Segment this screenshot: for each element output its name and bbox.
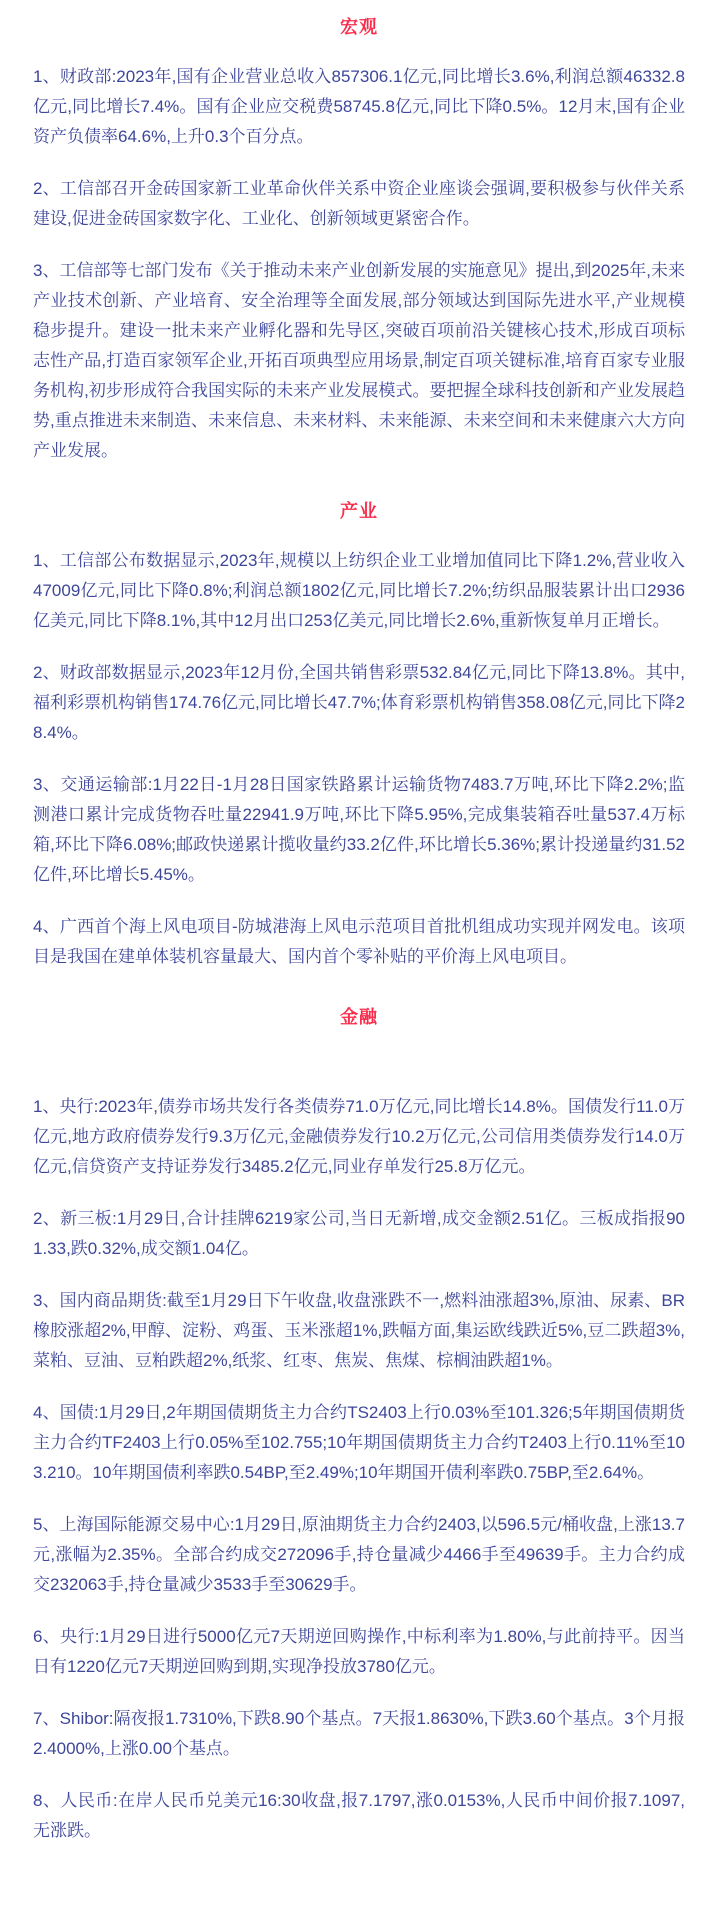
finance-paragraph-8: 8、人民币:在岸人民币兑美元16:30收盘,报7.1797,涨0.0153%,人… bbox=[33, 1786, 685, 1846]
finance-paragraph-5: 5、上海国际能源交易中心:1月29日,原油期货主力合约2403,以596.5元/… bbox=[33, 1510, 685, 1600]
finance-paragraph-7: 7、Shibor:隔夜报1.7310%,下跌8.90个基点。7天报1.8630%… bbox=[33, 1704, 685, 1764]
section-title-industry: 产业 bbox=[33, 498, 685, 524]
industry-paragraph-2: 2、财政部数据显示,2023年12月份,全国共销售彩票532.84亿元,同比下降… bbox=[33, 658, 685, 748]
industry-paragraph-3: 3、交通运输部:1月22日-1月28日国家铁路累计运输货物7483.7万吨,环比… bbox=[33, 770, 685, 890]
macro-paragraph-2: 2、工信部召开金砖国家新工业革命伙伴关系中资企业座谈会强调,要积极参与伙伴关系建… bbox=[33, 174, 685, 234]
finance-paragraph-2: 2、新三板:1月29日,合计挂牌6219家公司,当日无新增,成交金额2.51亿。… bbox=[33, 1204, 685, 1264]
macro-paragraph-3: 3、工信部等七部门发布《关于推动未来产业创新发展的实施意见》提出,到2025年,… bbox=[33, 256, 685, 466]
finance-paragraph-3: 3、国内商品期货:截至1月29日下午收盘,收盘涨跌不一,燃料油涨超3%,原油、尿… bbox=[33, 1286, 685, 1376]
finance-paragraph-1: 1、央行:2023年,债券市场共发行各类债券71.0万亿元,同比增长14.8%。… bbox=[33, 1092, 685, 1182]
section-title-finance: 金融 bbox=[33, 1004, 685, 1030]
finance-paragraph-4: 4、国债:1月29日,2年期国债期货主力合约TS2403上行0.03%至101.… bbox=[33, 1398, 685, 1488]
news-digest-article: 宏观 1、财政部:2023年,国有企业营业总收入857306.1亿元,同比增长3… bbox=[0, 0, 718, 1928]
section-title-macro: 宏观 bbox=[33, 14, 685, 40]
industry-paragraph-1: 1、工信部公布数据显示,2023年,规模以上纺织企业工业增加值同比下降1.2%,… bbox=[33, 546, 685, 636]
finance-paragraph-6: 6、央行:1月29日进行5000亿元7天期逆回购操作,中标利率为1.80%,与此… bbox=[33, 1622, 685, 1682]
macro-paragraph-1: 1、财政部:2023年,国有企业营业总收入857306.1亿元,同比增长3.6%… bbox=[33, 62, 685, 152]
industry-paragraph-4: 4、广西首个海上风电项目-防城港海上风电示范项目首批机组成功实现并网发电。该项目… bbox=[33, 912, 685, 972]
